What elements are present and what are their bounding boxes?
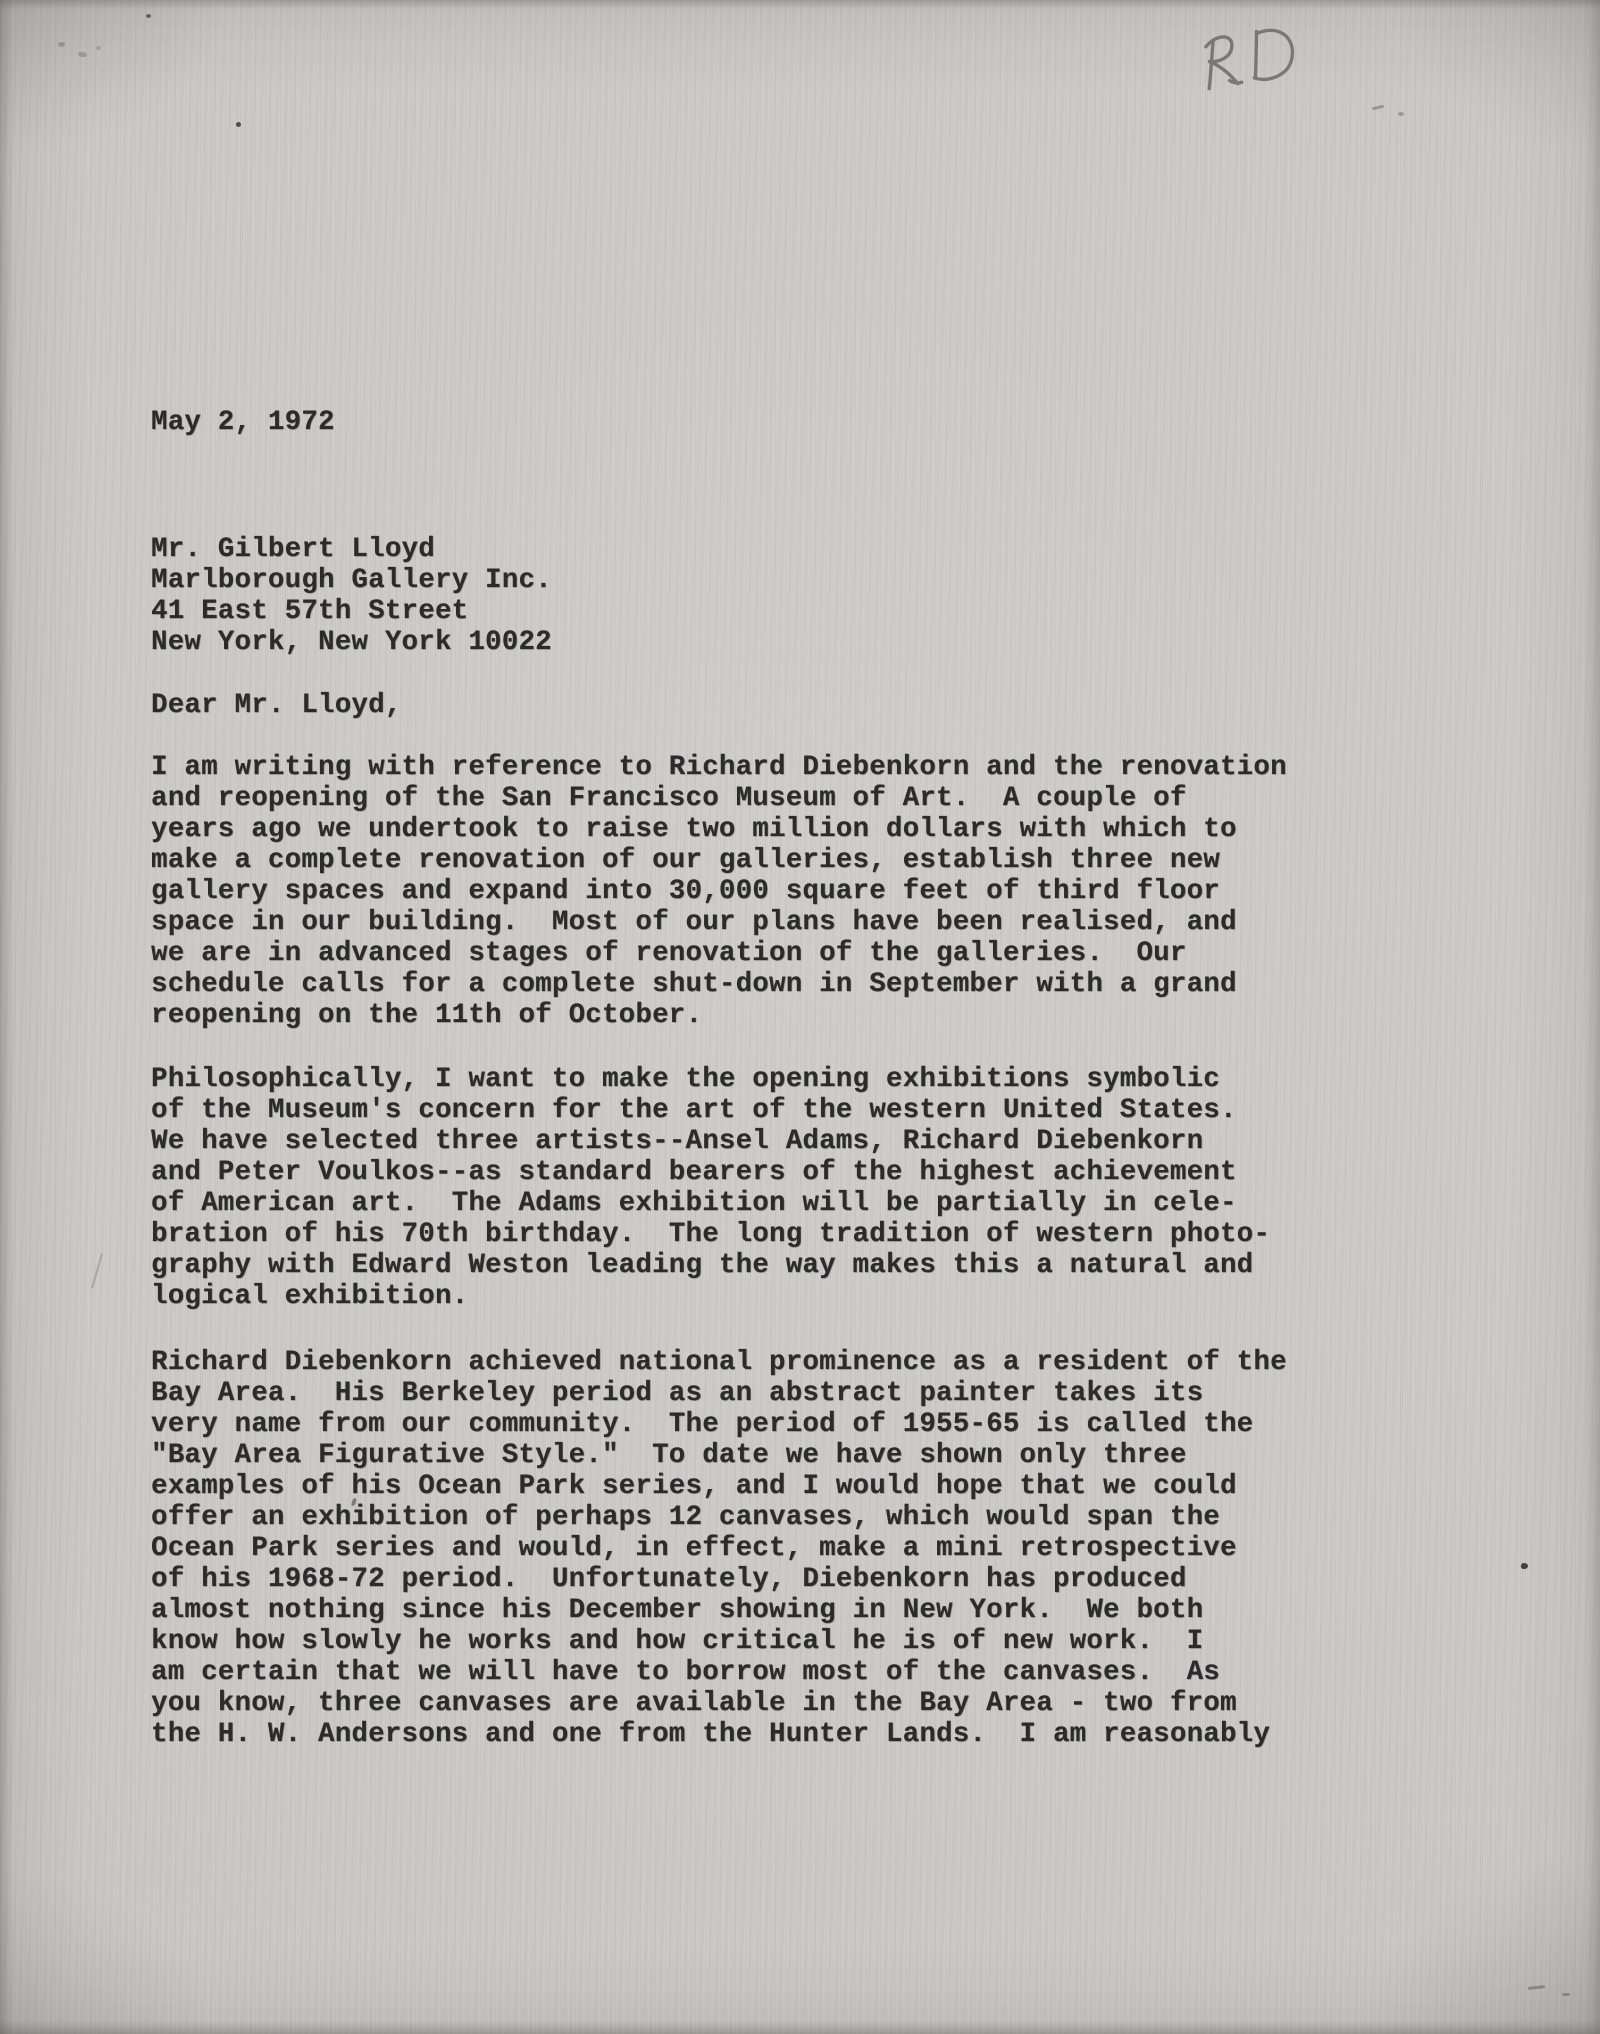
ink-speck xyxy=(1521,1563,1528,1569)
pencil-dot xyxy=(146,14,151,18)
body-paragraph-2: Philosophically, I want to make the open… xyxy=(151,1064,1270,1312)
pencil-mark xyxy=(1372,105,1384,111)
pencil-dash xyxy=(1528,1985,1545,1990)
letter-page: May 2, 1972 Mr. Gilbert Lloyd Marlboroug… xyxy=(0,0,1600,2034)
body-paragraph-3: Richard Diebenkorn achieved national pro… xyxy=(151,1347,1287,1750)
pencil-dot xyxy=(236,122,241,127)
handwritten-initials-rd xyxy=(1194,20,1312,109)
pencil-smudge xyxy=(78,51,88,58)
paper-scratch xyxy=(91,1253,103,1288)
rd-r-leg xyxy=(1211,59,1241,86)
rd-r-bowl xyxy=(1205,36,1233,62)
pencil-dash xyxy=(1562,1993,1570,1996)
recipient-street: 41 East 57th Street xyxy=(151,596,468,627)
pencil-smudge xyxy=(96,46,101,50)
body-paragraph-1: I am writing with reference to Richard D… xyxy=(151,752,1287,1031)
recipient-city: New York, New York 10022 xyxy=(151,627,552,658)
letter-date: May 2, 1972 xyxy=(151,407,335,438)
pencil-smudge xyxy=(58,42,65,47)
recipient-name: Mr. Gilbert Lloyd xyxy=(151,534,435,565)
pencil-mark xyxy=(1398,112,1404,116)
rd-d-stem xyxy=(1251,31,1262,77)
recipient-company: Marlborough Gallery Inc. xyxy=(151,565,552,596)
salutation: Dear Mr. Lloyd, xyxy=(151,690,402,721)
